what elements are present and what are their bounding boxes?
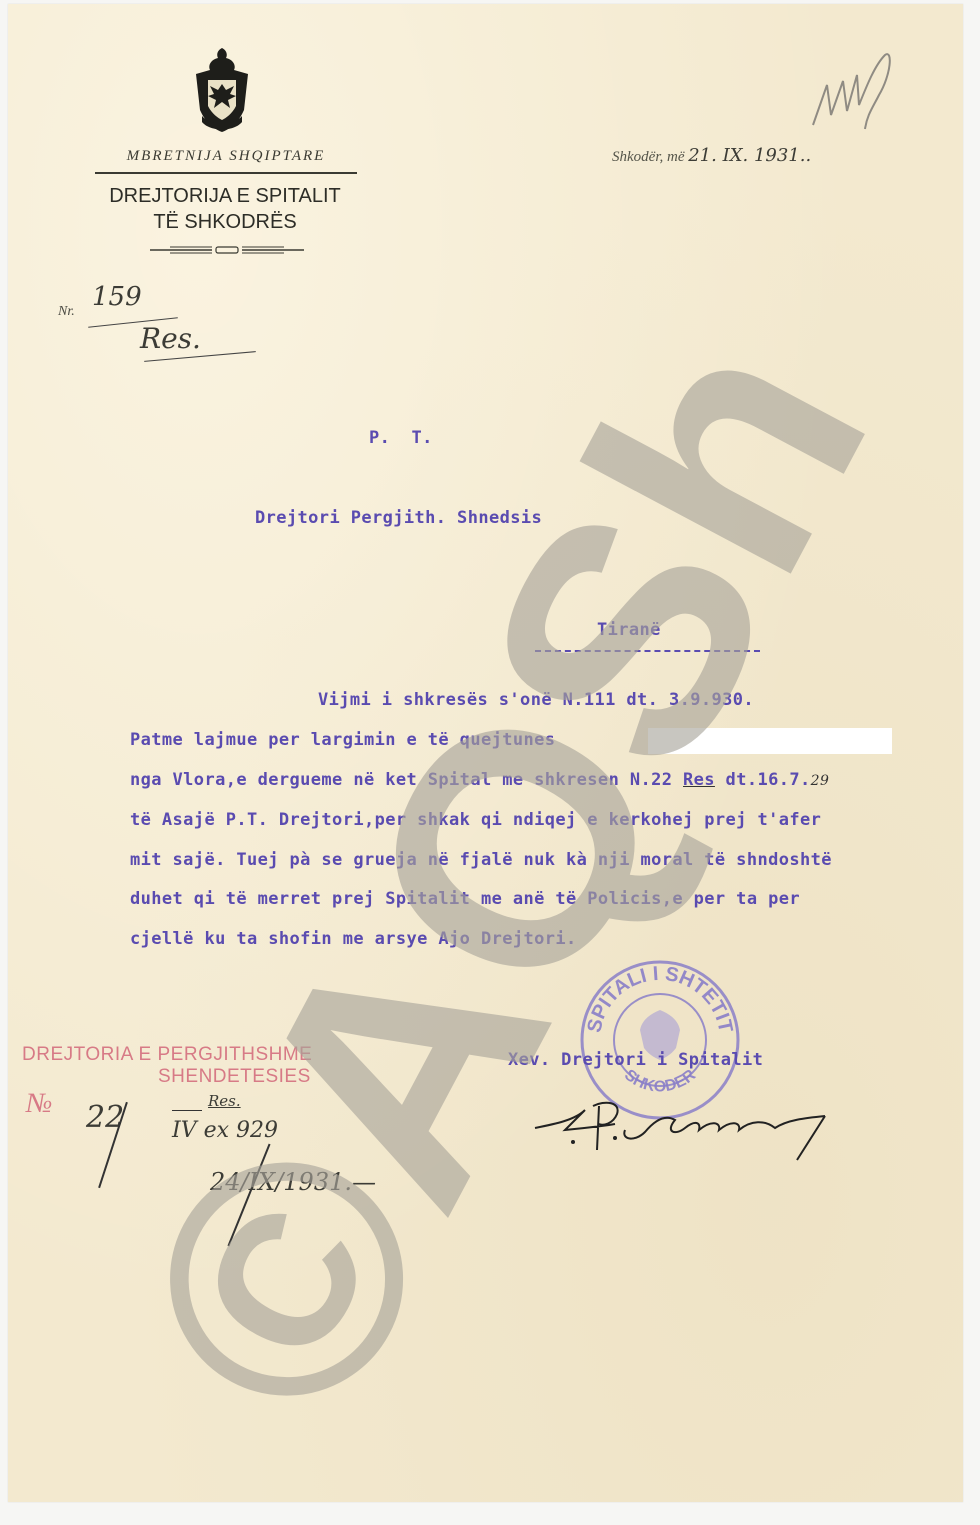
city-underline bbox=[535, 650, 760, 652]
reference-number: 159 bbox=[92, 282, 142, 312]
reference-suffix: Res. bbox=[140, 322, 201, 355]
ornament-divider bbox=[150, 246, 304, 254]
receipt-date: 24/IX/1931.— bbox=[210, 1168, 376, 1196]
department-heading: DREJTORIJA E SPITALIT TË SHKODRËS bbox=[70, 183, 380, 235]
body-line-1: Patme lajmue per largimin e të quejtunes bbox=[130, 730, 555, 750]
body-line-5: duhet qi të merret prej Spitalit me anë … bbox=[130, 889, 800, 909]
body-line-2-res: Res bbox=[683, 770, 715, 790]
body-line-2-text: nga Vlora,e dergueme në ket Spital me sh… bbox=[130, 770, 683, 790]
reference-label: Nr. bbox=[58, 304, 75, 320]
albanian-coat-of-arms-icon bbox=[186, 44, 258, 136]
handwritten-dash bbox=[172, 1110, 202, 1111]
salutation: P. T. bbox=[369, 428, 433, 448]
body-line-2: nga Vlora,e dergueme në ket Spital me sh… bbox=[130, 770, 829, 790]
recipient: Drejtori Pergjith. Shnedsis bbox=[255, 508, 542, 528]
handwritten-initials bbox=[805, 45, 905, 135]
recipient-city: Tiranë bbox=[597, 620, 661, 640]
receipt-stamp-line-1: DREJTORIA E PERGJITHSHME bbox=[22, 1044, 312, 1065]
receipt-reference: IV ex 929 bbox=[172, 1118, 278, 1143]
number-mark: № bbox=[26, 1088, 52, 1120]
department-line-2: TË SHKODRËS bbox=[70, 209, 380, 235]
redacted-name bbox=[648, 728, 892, 754]
handwritten-signature bbox=[525, 1080, 855, 1170]
kingdom-heading: MBRETNIJA SHQIPTARE bbox=[95, 148, 357, 165]
place-date-line: Shkodër, më 21. IX. 1931.. bbox=[612, 145, 811, 166]
body-intro: Vijmi i shkresës s'onë N.111 dt. 3.9.930… bbox=[318, 690, 754, 710]
body-line-6: cjellë ku ta shofin me arsye Ajo Drejtor… bbox=[130, 929, 577, 949]
place-label: Shkodër, më bbox=[612, 149, 684, 165]
body-line-3: të Asajë P.T. Drejtori,per shkak qi ndiq… bbox=[130, 810, 821, 830]
receipt-res: Res. bbox=[208, 1092, 241, 1110]
signatory-title: Xev. Drejtori i Spitalit bbox=[508, 1050, 763, 1070]
handwritten-date: 21. IX. 1931.. bbox=[688, 145, 811, 166]
receipt-stamp: DREJTORIA E PERGJITHSHME SHENDETESIES bbox=[22, 1044, 312, 1088]
receipt-stamp-line-2: SHENDETESIES bbox=[22, 1066, 312, 1088]
department-line-1: DREJTORIJA E SPITALIT bbox=[70, 183, 380, 209]
body-line-2-handwritten-year: 29 bbox=[811, 773, 830, 789]
body-line-2-date: dt.16.7. bbox=[715, 770, 811, 790]
letterhead-rule bbox=[95, 172, 357, 174]
body-line-4: mit sajë. Tuej pà se grueja në fjalë nuk… bbox=[130, 850, 832, 870]
